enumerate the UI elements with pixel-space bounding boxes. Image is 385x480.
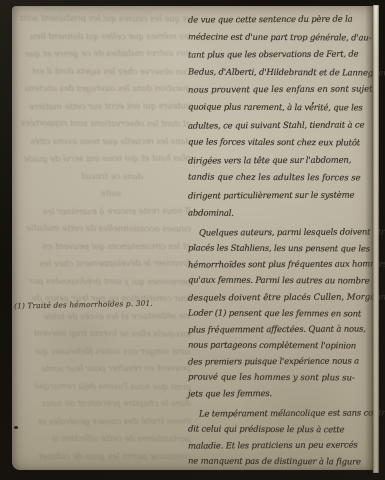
bleedthrough-line: favoriser le développement chez les <box>17 255 191 274</box>
handwritten-line: maladie. Et les praticiens un peu exercé… <box>188 438 374 455</box>
bleedthrough-line: aux autres maladies de ce genre et que <box>17 45 191 64</box>
paragraph: Quelques auteurs, parmi lesquels doivent… <box>188 225 374 402</box>
handwritten-line: Loder (1) pensent que les femmes en sont <box>188 305 374 322</box>
handwritten-line: que les forces vitales sont chez eux plu… <box>188 135 374 154</box>
handwritten-line: desquels doivent être placés Cullen, Mor… <box>188 289 374 306</box>
bleedthrough-line: personnes qui y sont prédisposées par <box>17 273 191 292</box>
bleedthrough-line: dans le chapitre précédent où nous <box>17 396 191 414</box>
bleedthrough-line: commune parmi les gens de cabinet <box>17 449 191 467</box>
handwritten-line: des premiers puisque l'expérience nous a <box>188 353 374 370</box>
handwritten-line: quoique plus rarement, à la vérité, que … <box>188 99 374 118</box>
handwritten-body: de vue que cette sentence du père de lam… <box>188 12 374 471</box>
page-fold-shadow <box>365 6 373 470</box>
bleedthrough-line: les mêmes que celles qui donnent lieu <box>17 29 191 47</box>
bleedthrough-line: Il nous reste encore à examiner les <box>17 203 191 222</box>
bleedthrough-line: causes occasionnelles de cette maladie <box>17 220 191 239</box>
handwritten-line: jets que les femmes. <box>188 385 374 402</box>
handwritten-line: plus fréquemment affectées. Quant à nous… <box>188 321 374 338</box>
handwritten-line: prouvé que les hommes y sont plus su- <box>188 369 374 386</box>
manuscript-scan: et que les causes qui les produisent son… <box>0 0 385 480</box>
handwritten-line: tandis que chez les adultes les forces s… <box>188 170 374 189</box>
paragraph: Le tempérament mélancolique est sans con… <box>188 406 374 470</box>
bleedthrough-line: auxquels elles se livrent trop souvent <box>17 325 191 344</box>
bleedthrough-line: question dans les ouvrages des anciens <box>17 81 191 99</box>
ink-speck <box>14 426 18 429</box>
handwritten-line: hémorrhoïdes sont plus fréquentes aux ho… <box>188 257 374 274</box>
handwritten-line: Quelques auteurs, parmi lesquels doivent… <box>188 225 374 242</box>
paragraph: de vue que cette sentence du père de lam… <box>188 12 374 223</box>
handwritten-line: dirigent particulièrement sur le système <box>188 187 374 206</box>
bleedthrough-line: plus haut et qui nous ont servi de guide <box>17 150 191 169</box>
handwritten-line: placés les Stahliens, les uns pensent qu… <box>188 241 374 258</box>
handwritten-line: nous partageons complètement l'opinion <box>188 337 374 354</box>
handwritten-line: qu'aux femmes. Parmi les autres au nombr… <box>188 273 374 290</box>
handwritten-line: abdominal. <box>188 205 374 224</box>
manuscript-page: et que les causes qui les produisent son… <box>12 6 373 470</box>
bleedthrough-line: avons traité des causes générales et <box>17 413 191 432</box>
bleedthrough-text: et que les causes qui les produisent son… <box>17 11 191 467</box>
bleedthrough-line: peuvent en résulter pour leur santé <box>17 360 191 379</box>
page-edge-strip <box>373 5 379 473</box>
bleedthrough-line: sans songer aux suites fâcheuses qui <box>17 344 191 362</box>
bleedthrough-line: et que les causes qui les produisent son… <box>17 10 191 29</box>
handwritten-line: de vue que cette sentence du père de la <box>188 11 374 30</box>
handwritten-line: médecine est d'une part trop générale, d… <box>188 29 374 48</box>
ink-speck <box>312 102 314 104</box>
bleedthrough-line: suite <box>17 186 191 204</box>
handwritten-line: nous prouvent que les enfans en sont suj… <box>188 82 374 101</box>
bleedthrough-line: l'on observe chez les sujets dont il est <box>17 63 191 82</box>
handwritten-line: adultes, ce qui suivant Stahl, tiendrait… <box>188 117 374 136</box>
bleedthrough-line: et dont les observations sont rapportées <box>17 115 191 134</box>
bleedthrough-line: particulières de cette affection si <box>17 430 191 449</box>
handwritten-line: tant plus que les observations de Fert, … <box>188 47 374 66</box>
handwritten-line: dirigées vers la tête que sur l'abdomen, <box>188 152 374 171</box>
bleedthrough-line: dans ce travail <box>17 168 191 187</box>
handwritten-line: ne manquent pas de distinguer à la figur… <box>188 454 374 471</box>
bleedthrough-line: et les circonstances qui peuvent en <box>17 239 191 257</box>
handwritten-line: dit celui qui prédispose le plus à cette <box>188 422 374 439</box>
handwritten-line: Bedus, d'Alberti, d'Hildebrandt et de La… <box>188 64 374 83</box>
bleedthrough-line: auteurs qui ont écrit sur cette matière <box>17 98 191 117</box>
bleedthrough-line: dans les recueils que nous avons cités <box>17 134 191 152</box>
bleedthrough-line: ainsi que nous l'avons déjà remarqué <box>17 378 191 397</box>
handwritten-line: Le tempérament mélancolique est sans con… <box>188 406 374 423</box>
bleedthrough-line: vie sédentaire et les excès de table <box>17 308 191 327</box>
